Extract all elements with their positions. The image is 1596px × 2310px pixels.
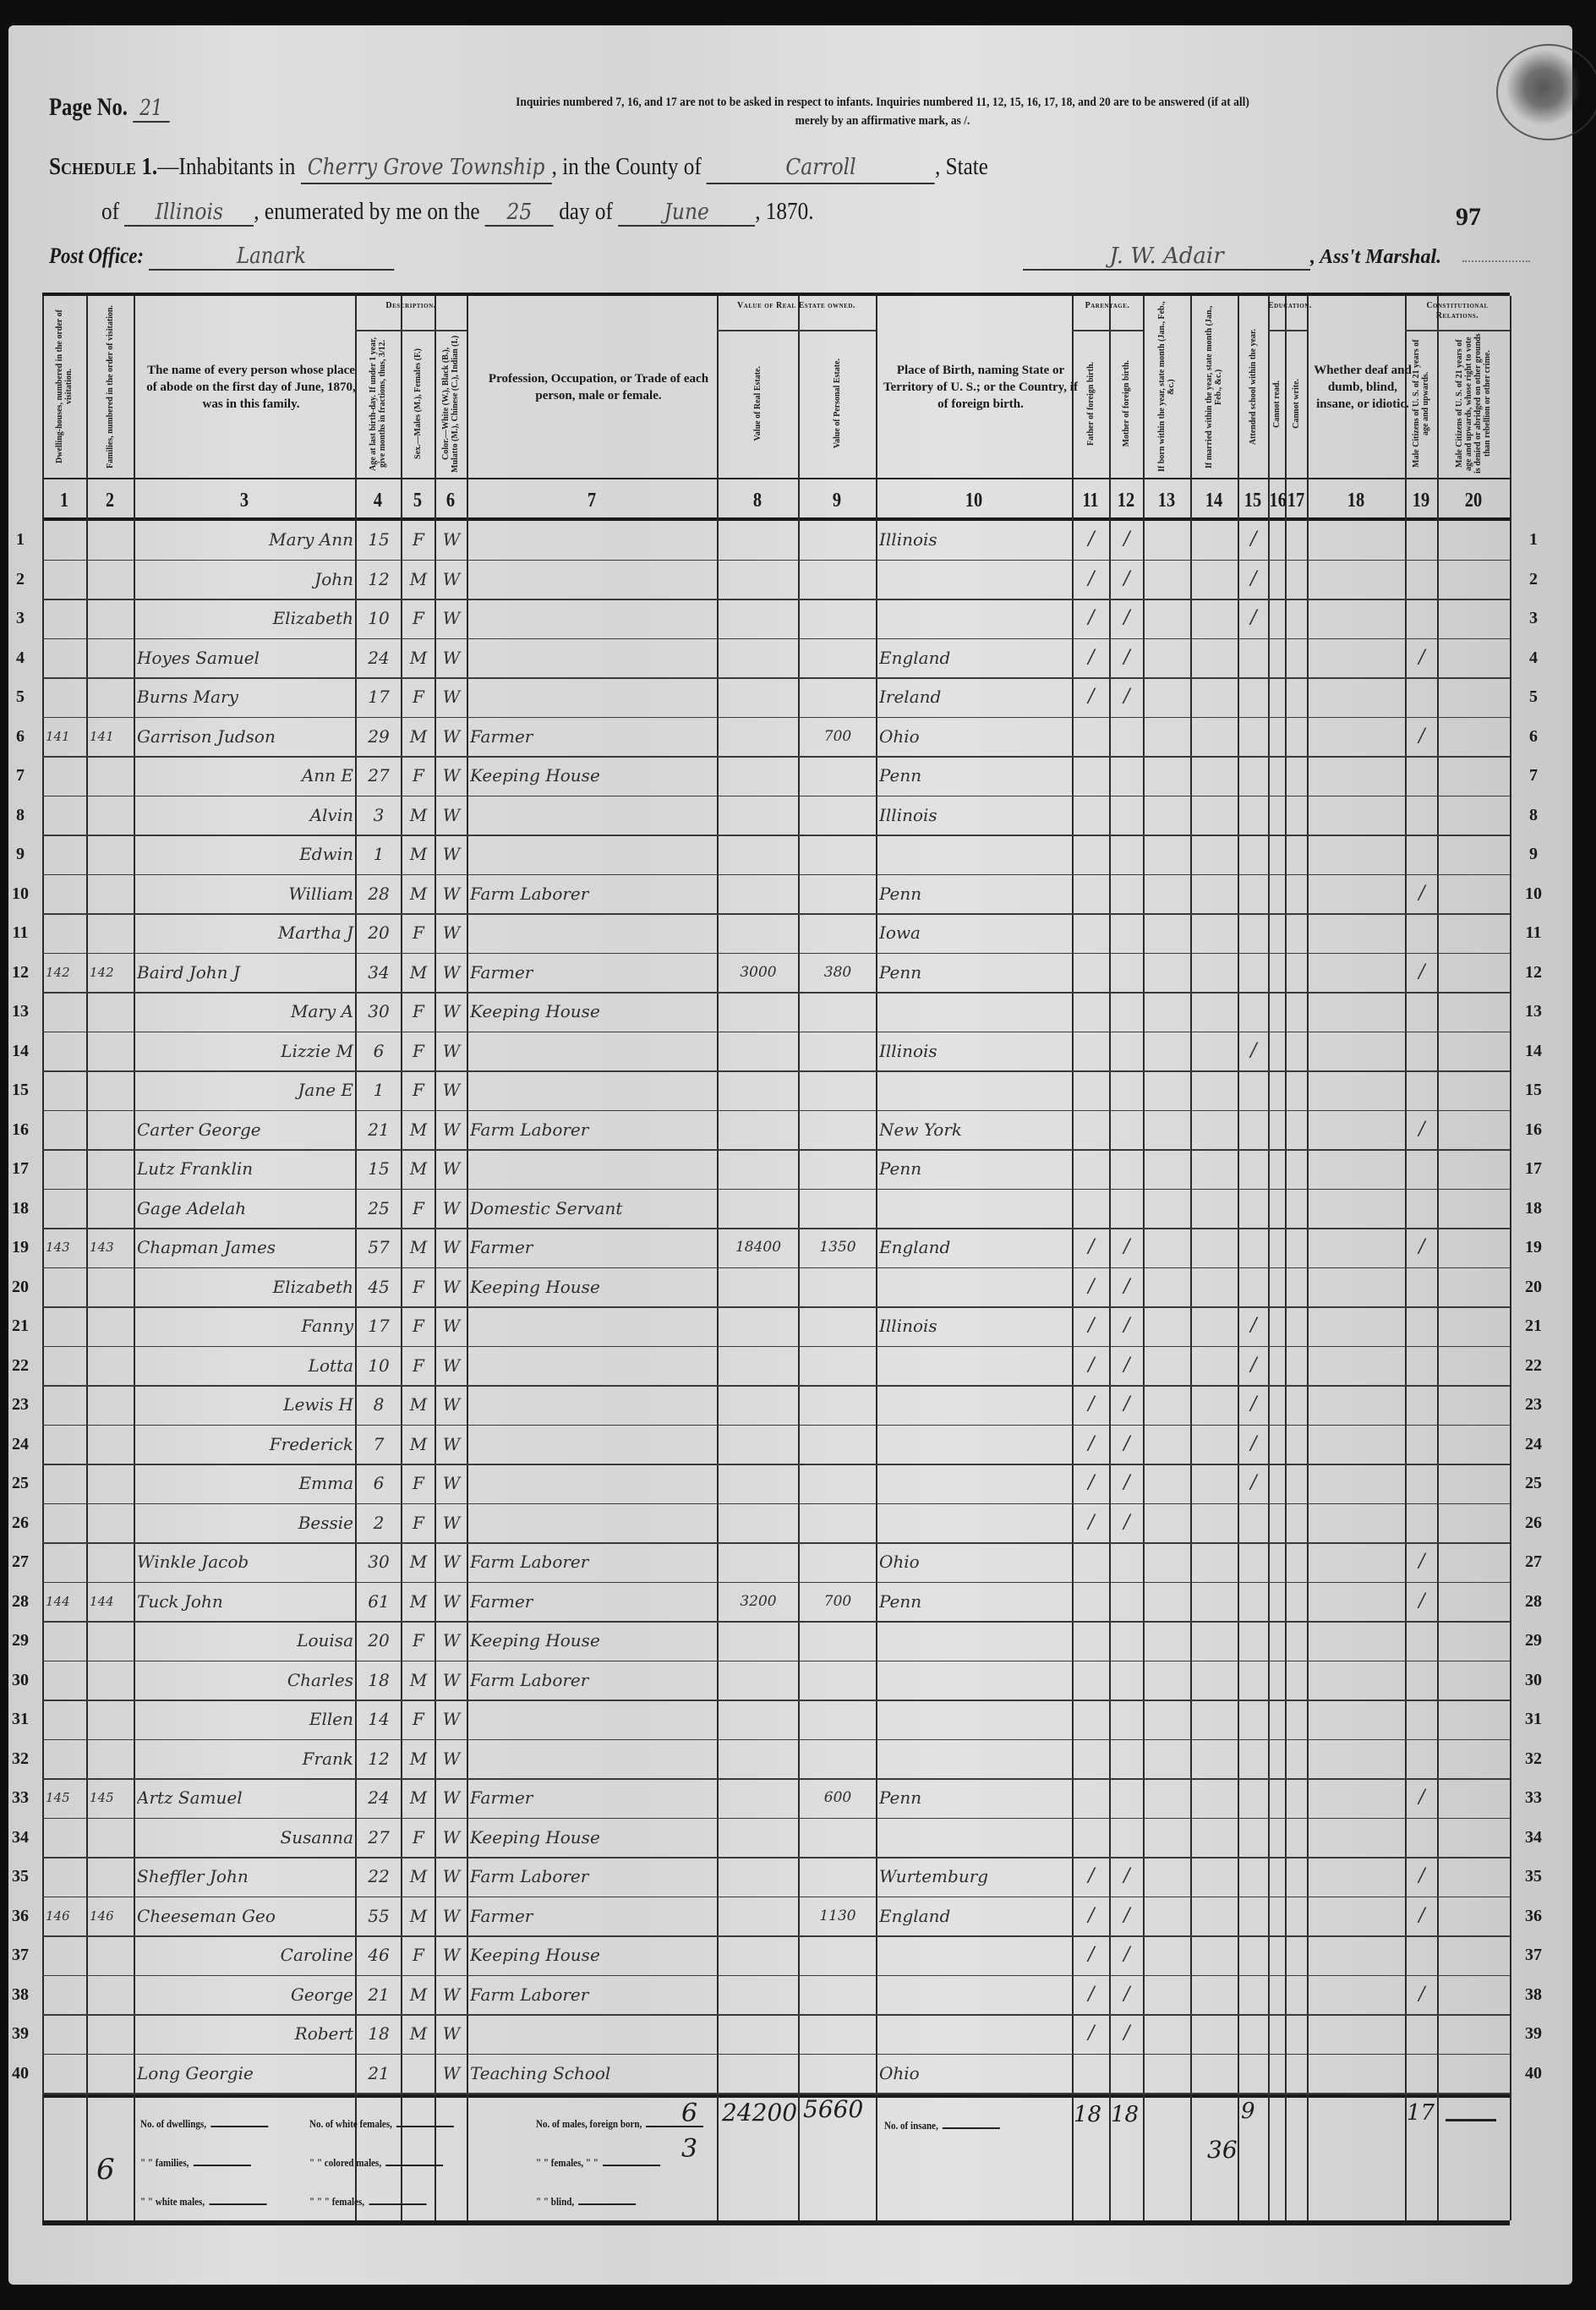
cell-name: Garrison Judson xyxy=(137,718,360,756)
cell-c13 xyxy=(1146,1779,1189,1817)
cell-sex: M xyxy=(404,1976,433,2014)
column-number-15: 15 xyxy=(1240,479,1266,522)
cell-c18 xyxy=(1310,1426,1403,1464)
cell-sex: M xyxy=(404,1150,433,1188)
column-header-9: Value of Personal Estate. xyxy=(798,333,876,474)
cell-c14 xyxy=(1194,757,1236,795)
cell-c16 xyxy=(1271,1229,1283,1267)
cell-c20 xyxy=(1440,914,1508,952)
cell-age: 25 xyxy=(358,1190,399,1228)
cell-sex: F xyxy=(404,1464,433,1503)
cell-color: W xyxy=(438,2055,465,2093)
cell-c11: / xyxy=(1075,1504,1107,1542)
cell-c18 xyxy=(1310,1071,1403,1109)
cell-occupation xyxy=(470,1150,715,1188)
cell-age: 46 xyxy=(358,1936,399,1974)
cell-c16 xyxy=(1271,1858,1283,1896)
cell-c16 xyxy=(1271,993,1283,1031)
column-rule xyxy=(1109,296,1111,2220)
cell-c17 xyxy=(1288,1464,1305,1503)
cell-c19: / xyxy=(1408,875,1435,913)
cell-c13 xyxy=(1146,1111,1189,1149)
cell-c18 xyxy=(1310,993,1403,1031)
cell-occupation: Keeping House xyxy=(470,1268,715,1306)
cell-family xyxy=(90,1661,132,1700)
column-header-label: Whether deaf and dumb, blind, insane, or… xyxy=(1314,362,1412,413)
cell-name: Caroline xyxy=(137,1936,360,1974)
cell-occupation: Farm Laborer xyxy=(470,1111,715,1149)
cell-c17 xyxy=(1288,1779,1305,1817)
column-rule xyxy=(435,296,436,2220)
cell-color: W xyxy=(438,521,465,559)
cell-dwelling xyxy=(46,639,85,677)
cell-family xyxy=(90,1622,132,1660)
cell-c13 xyxy=(1146,521,1189,559)
cell-c18 xyxy=(1310,757,1403,795)
cell-sex: F xyxy=(404,993,433,1031)
cell-color: W xyxy=(438,2015,465,2053)
column-rule xyxy=(1072,296,1074,2220)
cell-c19 xyxy=(1408,1426,1435,1464)
column-header-17: Cannot write. xyxy=(1285,333,1307,474)
cell-c12 xyxy=(1112,1622,1141,1660)
line-number-right: 39 xyxy=(1517,2015,1550,2052)
cell-c17 xyxy=(1288,1386,1305,1424)
cell-c13 xyxy=(1146,954,1189,992)
column-rule xyxy=(1307,296,1309,2220)
total-col15-sub: 36 xyxy=(1207,2136,1238,2164)
cell-c19 xyxy=(1408,1307,1435,1345)
line-number-right: 15 xyxy=(1517,1071,1550,1108)
cell-c15: / xyxy=(1241,561,1266,599)
cell-name: Ann E xyxy=(137,757,360,795)
cell-birthplace xyxy=(879,1464,1070,1503)
cell-c12 xyxy=(1112,718,1141,756)
cell-birthplace: Ohio xyxy=(879,1543,1070,1581)
cell-personal-estate xyxy=(801,678,874,716)
cell-c11: / xyxy=(1075,1858,1107,1896)
cell-dwelling xyxy=(46,2055,85,2093)
cell-c19: / xyxy=(1408,1229,1435,1267)
cell-personal-estate xyxy=(801,1740,874,1778)
cell-c18 xyxy=(1310,521,1403,559)
line-number-right: 7 xyxy=(1517,757,1550,794)
line-number-left: 6 xyxy=(3,718,37,755)
cell-c14 xyxy=(1194,1307,1236,1345)
cell-c11 xyxy=(1075,796,1107,835)
column-rule xyxy=(467,296,468,2220)
post-office-line: Post Office: Lanark xyxy=(49,244,394,271)
cell-c16 xyxy=(1271,639,1283,677)
cell-c16 xyxy=(1271,1819,1283,1857)
cell-family xyxy=(90,757,132,795)
cell-c13 xyxy=(1146,796,1189,835)
totals-blank xyxy=(385,2165,443,2166)
cell-dwelling: 142 xyxy=(46,954,85,992)
line-number-left: 21 xyxy=(3,1307,37,1344)
cell-c11: / xyxy=(1075,1229,1107,1267)
cell-c18 xyxy=(1310,1032,1403,1070)
cell-age: 1 xyxy=(358,1071,399,1109)
cell-c15 xyxy=(1241,1229,1266,1267)
cell-c16 xyxy=(1271,1504,1283,1542)
line-number-left: 34 xyxy=(3,1819,37,1856)
cell-c12: / xyxy=(1112,1976,1141,2014)
cell-family xyxy=(90,1858,132,1896)
column-number-18: 18 xyxy=(1315,479,1398,522)
cell-c17 xyxy=(1288,757,1305,795)
year-label: , 1870. xyxy=(755,199,813,225)
cell-dwelling xyxy=(46,1111,85,1149)
cell-c18 xyxy=(1310,875,1403,913)
cell-birthplace xyxy=(879,993,1070,1031)
column-header-label: Cannot write. xyxy=(1292,379,1301,429)
cell-c16 xyxy=(1271,1426,1283,1464)
totals-blank xyxy=(209,2203,266,2205)
cell-c18 xyxy=(1310,914,1403,952)
cell-c11: / xyxy=(1075,1347,1107,1385)
cell-c18 xyxy=(1310,639,1403,677)
cell-c12: / xyxy=(1112,1858,1141,1896)
cell-real-estate xyxy=(720,639,796,677)
cell-c20 xyxy=(1440,1740,1508,1778)
cell-c20 xyxy=(1440,1700,1508,1738)
totals-blank xyxy=(369,2203,426,2205)
cell-dwelling xyxy=(46,1307,85,1345)
cell-c14 xyxy=(1194,954,1236,992)
cell-c13 xyxy=(1146,1071,1189,1109)
cell-occupation: Farm Laborer xyxy=(470,875,715,913)
cell-age: 12 xyxy=(358,561,399,599)
column-number-10: 10 xyxy=(890,479,1057,522)
cell-c20 xyxy=(1440,1504,1508,1542)
state-field: Illinois xyxy=(124,200,254,227)
line-number-left: 11 xyxy=(3,914,37,951)
cell-sex: F xyxy=(404,1190,433,1228)
cell-birthplace: Penn xyxy=(879,875,1070,913)
line-number-right: 32 xyxy=(1517,1740,1550,1777)
column-header-2: Families, numbered in the order of visit… xyxy=(86,299,134,474)
cell-dwelling xyxy=(46,1976,85,2014)
cell-c14 xyxy=(1194,1543,1236,1581)
cell-personal-estate: 1130 xyxy=(801,1897,874,1935)
cell-name: Burns Mary xyxy=(137,678,360,716)
column-header-13: If born within the year, state month (Ja… xyxy=(1143,299,1190,474)
group-header-real-estate: Value of Real Estate owned. xyxy=(717,301,876,311)
cell-c18 xyxy=(1310,1347,1403,1385)
column-number-16: 16 xyxy=(1270,479,1284,522)
cell-personal-estate xyxy=(801,1976,874,2014)
cell-name: Robert xyxy=(137,2015,360,2053)
cell-age: 10 xyxy=(358,599,399,638)
cell-c12: / xyxy=(1112,1347,1141,1385)
post-office-label: Post Office: xyxy=(49,244,144,268)
cell-dwelling xyxy=(46,1150,85,1188)
cell-occupation: Teaching School xyxy=(470,2055,715,2093)
totals-bottom-rule xyxy=(42,2220,1510,2225)
cell-occupation xyxy=(470,639,715,677)
cell-family xyxy=(90,1700,132,1738)
cell-age: 3 xyxy=(358,796,399,835)
cell-c15 xyxy=(1241,1071,1266,1109)
cell-c16 xyxy=(1271,1386,1283,1424)
cell-name: Winkle Jacob xyxy=(137,1543,360,1581)
line-number-right: 18 xyxy=(1517,1190,1550,1227)
cell-color: W xyxy=(438,1819,465,1857)
cell-c15 xyxy=(1241,875,1266,913)
cell-c18 xyxy=(1310,1700,1403,1738)
cell-sex: M xyxy=(404,1897,433,1935)
total-col15: 9 xyxy=(1241,2099,1255,2124)
cell-c16 xyxy=(1271,1268,1283,1306)
line-number-left: 23 xyxy=(3,1386,37,1423)
cell-name: Lewis H xyxy=(137,1386,360,1424)
cell-c19 xyxy=(1408,2015,1435,2053)
cell-personal-estate xyxy=(801,1190,874,1228)
cell-c11: / xyxy=(1075,678,1107,716)
line-number-right: 17 xyxy=(1517,1150,1550,1187)
cell-c17 xyxy=(1288,1504,1305,1542)
cell-c16 xyxy=(1271,835,1283,873)
cell-c13 xyxy=(1146,1464,1189,1503)
cell-age: 55 xyxy=(358,1897,399,1935)
cell-c14 xyxy=(1194,1071,1236,1109)
township-field: Cherry Grove Township xyxy=(301,152,552,184)
cell-birthplace: New York xyxy=(879,1111,1070,1149)
cell-c11: / xyxy=(1075,1976,1107,2014)
cell-sex: M xyxy=(404,1661,433,1700)
line-number-right: 13 xyxy=(1517,993,1550,1030)
cell-c16 xyxy=(1271,1779,1283,1817)
column-number-1: 1 xyxy=(46,479,83,522)
cell-c17 xyxy=(1288,599,1305,638)
totals-label-text: " " white males, xyxy=(140,2195,205,2208)
line-number-right: 28 xyxy=(1517,1583,1550,1620)
cell-c14 xyxy=(1194,1740,1236,1778)
total-males-foreign-born: 6 xyxy=(681,2099,697,2128)
column-rule xyxy=(798,296,800,2220)
cell-c20 xyxy=(1440,1897,1508,1935)
cell-c11 xyxy=(1075,954,1107,992)
cell-sex: F xyxy=(404,1032,433,1070)
column-number-7: 7 xyxy=(485,479,698,522)
line-number-right: 11 xyxy=(1517,914,1550,951)
cell-c18 xyxy=(1310,561,1403,599)
cell-personal-estate xyxy=(801,1661,874,1700)
cell-personal-estate xyxy=(801,1543,874,1581)
cell-dwelling xyxy=(46,521,85,559)
line-number-left: 33 xyxy=(3,1779,37,1816)
cell-birthplace: Penn xyxy=(879,954,1070,992)
line-number-right: 37 xyxy=(1517,1936,1550,1973)
cell-age: 27 xyxy=(358,1819,399,1857)
cell-real-estate xyxy=(720,1307,796,1345)
cell-color: W xyxy=(438,1307,465,1345)
cell-age: 17 xyxy=(358,678,399,716)
cell-occupation: Farm Laborer xyxy=(470,1858,715,1896)
cell-c14 xyxy=(1194,993,1236,1031)
cell-real-estate xyxy=(720,1779,796,1817)
cell-c11 xyxy=(1075,1700,1107,1738)
cell-c19 xyxy=(1408,1622,1435,1660)
cell-color: W xyxy=(438,1700,465,1738)
cell-c18 xyxy=(1310,796,1403,835)
cell-c20 xyxy=(1440,1426,1508,1464)
total-females-foreign-born: 3 xyxy=(681,2134,697,2164)
cell-color: W xyxy=(438,796,465,835)
cell-c18 xyxy=(1310,1229,1403,1267)
cell-c20 xyxy=(1440,718,1508,756)
cell-color: W xyxy=(438,1779,465,1817)
cell-c19: / xyxy=(1408,1897,1435,1935)
cell-c11 xyxy=(1075,1071,1107,1109)
cell-family: 143 xyxy=(90,1229,132,1267)
line-number-right: 22 xyxy=(1517,1347,1550,1384)
cell-c18 xyxy=(1310,1543,1403,1581)
cell-c17 xyxy=(1288,796,1305,835)
totals-blank xyxy=(193,2165,250,2166)
cell-personal-estate: 1350 xyxy=(801,1229,874,1267)
totals-blank xyxy=(578,2203,636,2205)
cell-c11: / xyxy=(1075,521,1107,559)
cell-age: 15 xyxy=(358,521,399,559)
cell-birthplace: England xyxy=(879,1229,1070,1267)
column-header-label: Color.—White (W.), Black (B.), Mulatto (… xyxy=(441,333,460,474)
totals-label-females-foreign-born: " " females, " " xyxy=(536,2156,660,2170)
cell-name: Frederick xyxy=(137,1426,360,1464)
cell-c16 xyxy=(1271,954,1283,992)
line-number-left: 31 xyxy=(3,1700,37,1738)
cell-name: Lizzie M xyxy=(137,1032,360,1070)
line-number-left: 5 xyxy=(3,678,37,715)
cell-personal-estate xyxy=(801,875,874,913)
cell-c15 xyxy=(1241,1661,1266,1700)
cell-c20 xyxy=(1440,1229,1508,1267)
cell-real-estate xyxy=(720,1426,796,1464)
column-rule xyxy=(717,296,719,2220)
cell-occupation: Domestic Servant xyxy=(470,1190,715,1228)
totals-label-text: " " colored males, xyxy=(309,2156,381,2169)
cell-sex: F xyxy=(404,678,433,716)
cell-c15 xyxy=(1241,2055,1266,2093)
marshal-line: J. W. Adair, Ass't Marshal. xyxy=(1023,244,1441,271)
cell-age: 6 xyxy=(358,1464,399,1503)
cell-c20 xyxy=(1440,757,1508,795)
cell-birthplace xyxy=(879,1819,1070,1857)
cell-c14 xyxy=(1194,875,1236,913)
cell-occupation: Farmer xyxy=(470,1897,715,1935)
cell-dwelling xyxy=(46,1740,85,1778)
cell-c13 xyxy=(1146,1543,1189,1581)
cell-c18 xyxy=(1310,1819,1403,1857)
cell-color: W xyxy=(438,718,465,756)
cell-occupation: Farmer xyxy=(470,1229,715,1267)
cell-c14 xyxy=(1194,1111,1236,1149)
cell-occupation xyxy=(470,1386,715,1424)
notice-line-1: Inquiries numbered 7, 16, and 17 are not… xyxy=(380,93,1385,112)
cell-color: W xyxy=(438,1740,465,1778)
column-rule xyxy=(1143,296,1145,2220)
cell-c15 xyxy=(1241,1897,1266,1935)
post-office-field: Lanark xyxy=(149,244,394,271)
cell-c17 xyxy=(1288,678,1305,716)
cell-c20 xyxy=(1440,2055,1508,2093)
cell-c14 xyxy=(1194,2055,1236,2093)
cell-birthplace xyxy=(879,1268,1070,1306)
line-number-left: 30 xyxy=(3,1661,37,1699)
cell-c17 xyxy=(1288,639,1305,677)
cell-c17 xyxy=(1288,1071,1305,1109)
cell-family xyxy=(90,1386,132,1424)
line-number-left: 7 xyxy=(3,757,37,794)
cell-c17 xyxy=(1288,1661,1305,1700)
cell-personal-estate xyxy=(801,1150,874,1188)
cell-family xyxy=(90,639,132,677)
cell-name: Frank xyxy=(137,1740,360,1778)
cell-c11: / xyxy=(1075,639,1107,677)
cell-real-estate xyxy=(720,875,796,913)
cell-dwelling xyxy=(46,1700,85,1738)
cell-personal-estate xyxy=(801,1347,874,1385)
cell-occupation xyxy=(470,1071,715,1109)
totals-label-text: " " blind, xyxy=(536,2195,574,2208)
cell-personal-estate xyxy=(801,521,874,559)
cell-sex: F xyxy=(404,1347,433,1385)
line-number-right: 1 xyxy=(1517,521,1550,558)
cell-personal-estate xyxy=(801,1700,874,1738)
column-header-label: If born within the year, state month (Ja… xyxy=(1157,299,1176,474)
cell-name: Mary A xyxy=(137,993,360,1031)
cell-c12 xyxy=(1112,1150,1141,1188)
cell-c17 xyxy=(1288,1740,1305,1778)
cell-c12: / xyxy=(1112,1229,1141,1267)
cell-c20 xyxy=(1440,1347,1508,1385)
cell-c11 xyxy=(1075,835,1107,873)
cell-c17 xyxy=(1288,1426,1305,1464)
marshal-label: , Ass't Marshal. xyxy=(1310,246,1441,268)
column-header-label: Male Citizens of U. S. of 21 years of ag… xyxy=(1412,333,1430,474)
cell-c16 xyxy=(1271,1700,1283,1738)
line-number-right: 23 xyxy=(1517,1386,1550,1423)
cell-birthplace xyxy=(879,1661,1070,1700)
cell-c20 xyxy=(1440,1583,1508,1621)
cell-c17 xyxy=(1288,1700,1305,1738)
cell-c17 xyxy=(1288,914,1305,952)
cell-c12 xyxy=(1112,1779,1141,1817)
cell-c13 xyxy=(1146,1583,1189,1621)
cell-birthplace: Penn xyxy=(879,1779,1070,1817)
cell-name: Hoyes Samuel xyxy=(137,639,360,677)
day-field: 25 xyxy=(485,200,554,227)
cell-family xyxy=(90,678,132,716)
cell-color: W xyxy=(438,1111,465,1149)
line-number-right: 6 xyxy=(1517,718,1550,755)
cell-c12 xyxy=(1112,2055,1141,2093)
cell-c12: / xyxy=(1112,639,1141,677)
cell-c14 xyxy=(1194,1700,1236,1738)
cell-c12 xyxy=(1112,1819,1141,1857)
cell-age: 18 xyxy=(358,1661,399,1700)
cell-birthplace: Penn xyxy=(879,1150,1070,1188)
cell-c12 xyxy=(1112,914,1141,952)
cell-color: W xyxy=(438,1032,465,1070)
cell-family xyxy=(90,599,132,638)
cell-c17 xyxy=(1288,1543,1305,1581)
cell-family xyxy=(90,835,132,873)
cell-c16 xyxy=(1271,1071,1283,1109)
page-number-value: 21 xyxy=(133,96,170,123)
cell-family xyxy=(90,1740,132,1778)
